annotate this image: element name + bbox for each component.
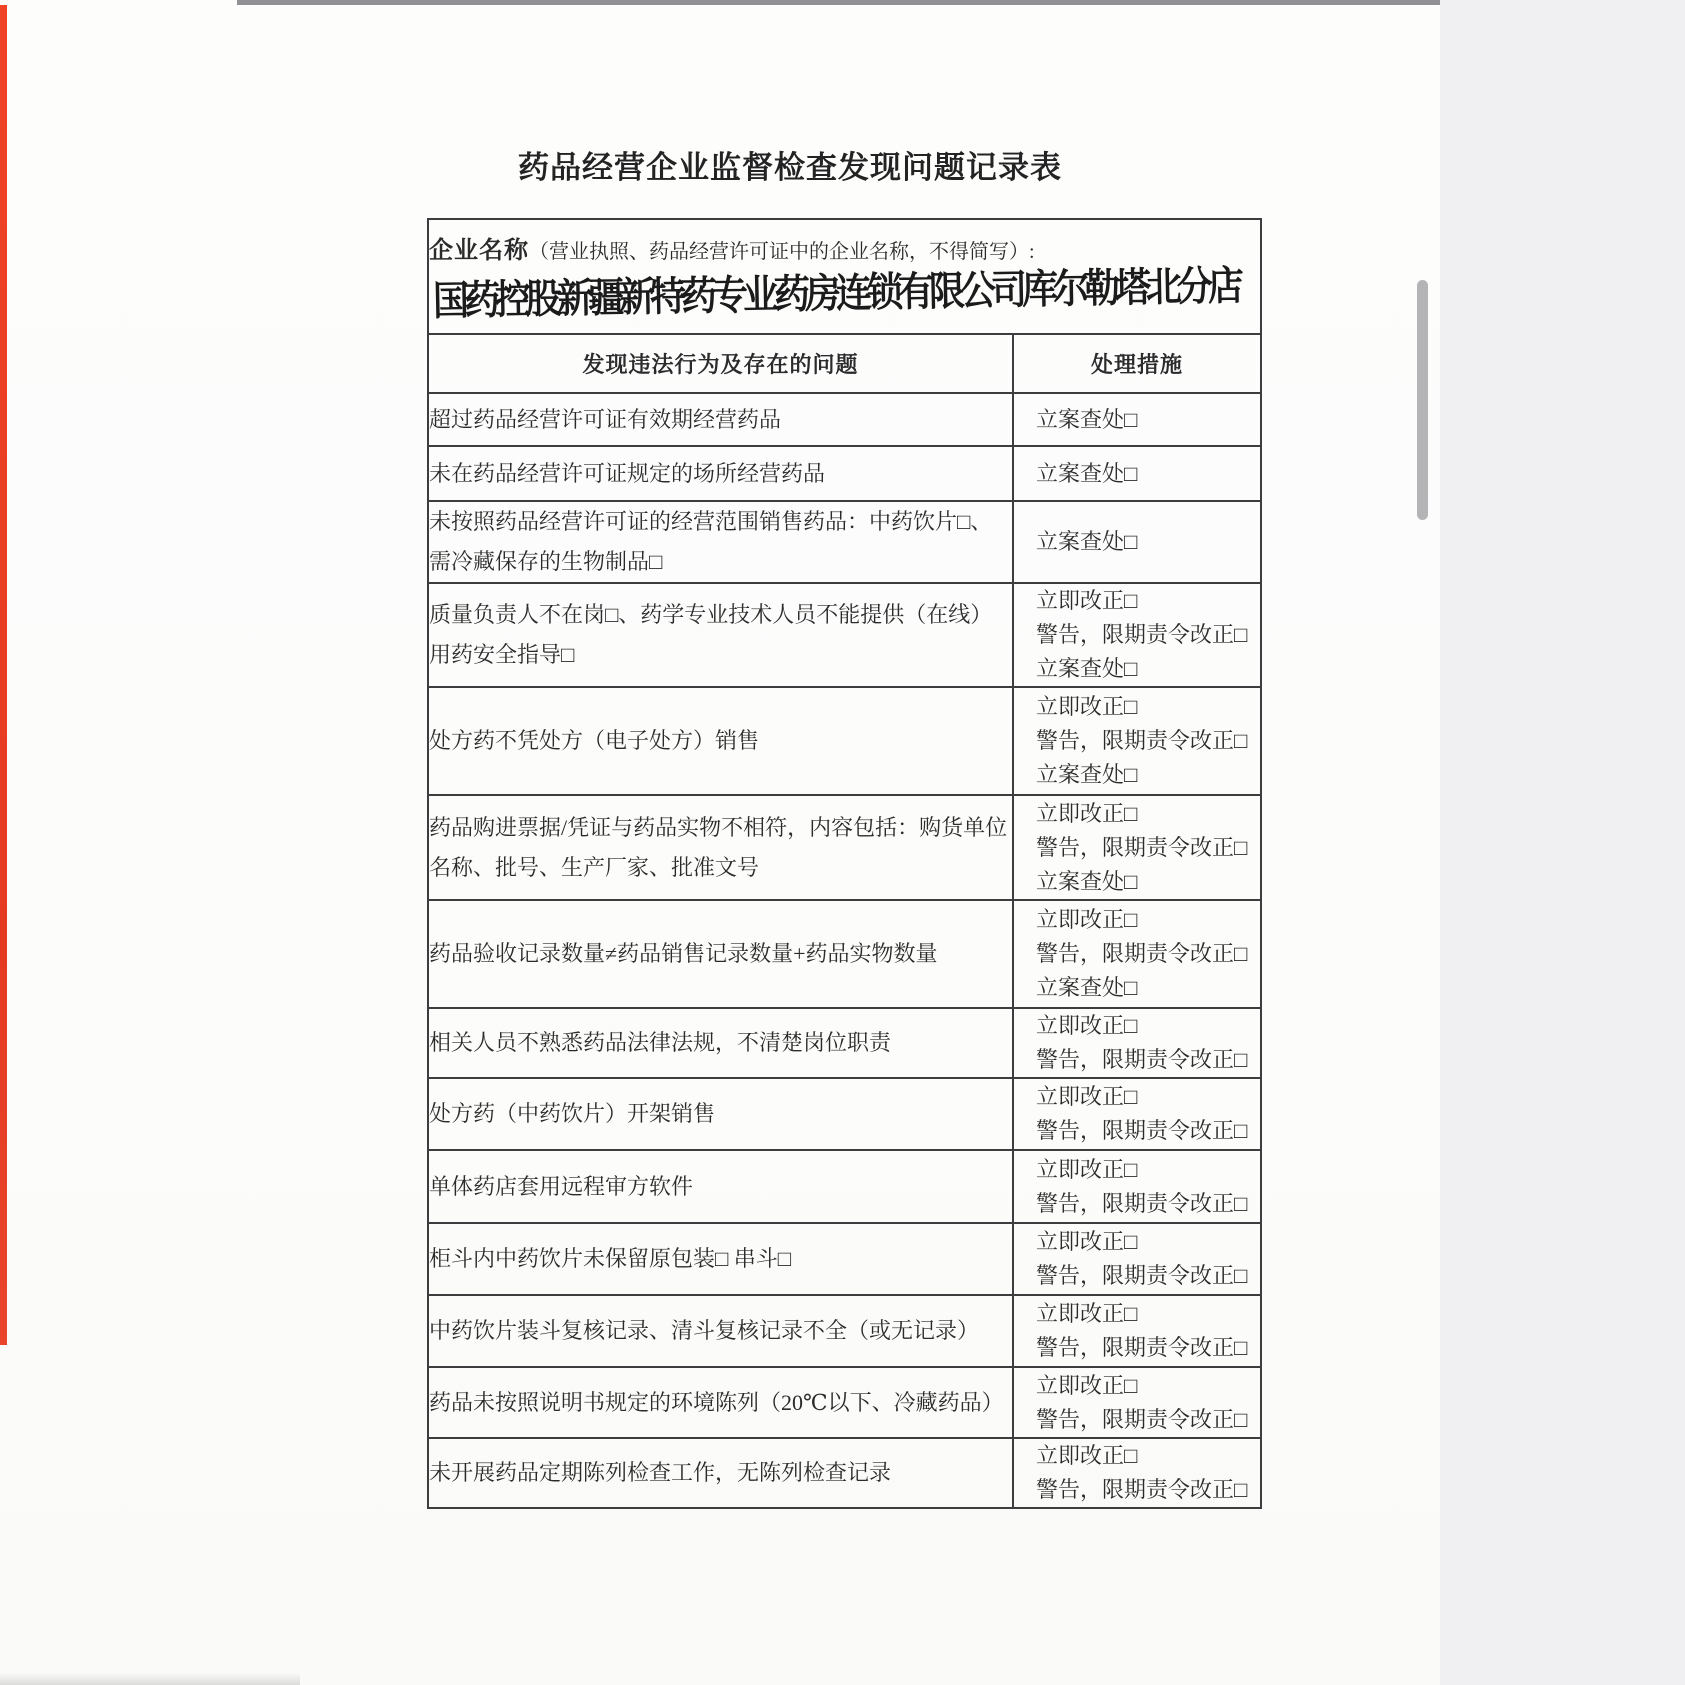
- table-row: 药品验收记录数量≠药品销售记录数量+药品实物数量 立即改正□ 警告，限期责令改正…: [428, 900, 1261, 1008]
- measures-cell: 立即改正□ 警告，限期责令改正□: [1013, 1295, 1261, 1367]
- problem-cell: 单体药店套用远程审方软件: [428, 1150, 1013, 1223]
- company-cell: 企业名称（营业执照、药品经营许可证中的企业名称，不得简写）: 国药控股新疆新特药…: [428, 219, 1261, 334]
- table-row: 质量负责人不在岗□、药学专业技术人员不能提供（在线）用药安全指导□ 立即改正□ …: [428, 583, 1261, 687]
- problem-cell: 柜斗内中药饮片未保留原包装□ 串斗□: [428, 1223, 1013, 1295]
- measures-cell: 立案查处□: [1013, 446, 1261, 501]
- measures-cell: 立即改正□ 警告，限期责令改正□: [1013, 1150, 1261, 1223]
- problem-cell: 药品未按照说明书规定的环境陈列（20℃以下、冷藏药品）: [428, 1367, 1013, 1438]
- measure-option: 立案查处□: [1014, 652, 1260, 686]
- problem-cell: 药品验收记录数量≠药品销售记录数量+药品实物数量: [428, 900, 1013, 1008]
- scan-corner-shadow: [0, 1671, 300, 1685]
- table-row: 超过药品经营许可证有效期经营药品 立案查处□: [428, 393, 1261, 446]
- measure-option: 警告，限期责令改正□: [1014, 1187, 1260, 1221]
- company-name-handwritten: 国药控股新疆新特药专业药房连锁有限公司库尔勒塔北分店: [432, 254, 1260, 327]
- measure-option: 立即改正□: [1014, 1225, 1260, 1259]
- problem-cell: 未开展药品定期陈列检查工作，无陈列检查记录: [428, 1438, 1013, 1508]
- problem-cell: 超过药品经营许可证有效期经营药品: [428, 393, 1013, 446]
- measures-cell: 立即改正□ 警告，限期责令改正□: [1013, 1438, 1261, 1508]
- problem-cell: 相关人员不熟悉药品法律法规，不清楚岗位职责: [428, 1008, 1013, 1078]
- table-row: 药品购进票据/凭证与药品实物不相符，内容包括：购货单位名称、批号、生产厂家、批准…: [428, 795, 1261, 900]
- company-row: 企业名称（营业执照、药品经营许可证中的企业名称，不得简写）: 国药控股新疆新特药…: [428, 219, 1261, 334]
- company-label: 企业名称: [429, 238, 529, 264]
- measure-option: 立即改正□: [1014, 1153, 1260, 1187]
- measure-option: 立案查处□: [1014, 525, 1260, 559]
- measure-option: 立即改正□: [1014, 1080, 1260, 1114]
- measure-option: 警告，限期责令改正□: [1014, 937, 1260, 971]
- measure-option: 立案查处□: [1014, 403, 1260, 437]
- measure-option: 立案查处□: [1014, 758, 1260, 792]
- header-row: 发现违法行为及存在的问题 处理措施: [428, 334, 1261, 393]
- measures-cell: 立即改正□ 警告，限期责令改正□ 立案查处□: [1013, 583, 1261, 687]
- measures-cell: 立即改正□ 警告，限期责令改正□: [1013, 1367, 1261, 1438]
- table-header-measures: 处理措施: [1013, 334, 1261, 393]
- problem-cell: 未按照药品经营许可证的经营范围销售药品：中药饮片□、需冷藏保存的生物制品□: [428, 501, 1013, 583]
- table-row: 未在药品经营许可证规定的场所经营药品 立案查处□: [428, 446, 1261, 501]
- table-row: 中药饮片装斗复核记录、清斗复核记录不全（或无记录） 立即改正□ 警告，限期责令改…: [428, 1295, 1261, 1367]
- measure-option: 立即改正□: [1014, 584, 1260, 618]
- table-row: 未按照药品经营许可证的经营范围销售药品：中药饮片□、需冷藏保存的生物制品□ 立案…: [428, 501, 1261, 583]
- measure-option: 警告，限期责令改正□: [1014, 1403, 1260, 1437]
- measures-cell: 立案查处□: [1013, 393, 1261, 446]
- table-row: 柜斗内中药饮片未保留原包装□ 串斗□ 立即改正□ 警告，限期责令改正□: [428, 1223, 1261, 1295]
- measures-cell: 立即改正□ 警告，限期责令改正□: [1013, 1078, 1261, 1150]
- table-row: 未开展药品定期陈列检查工作，无陈列检查记录 立即改正□ 警告，限期责令改正□: [428, 1438, 1261, 1508]
- table-row: 药品未按照说明书规定的环境陈列（20℃以下、冷藏药品） 立即改正□ 警告，限期责…: [428, 1367, 1261, 1438]
- measure-option: 立即改正□: [1014, 690, 1260, 724]
- measures-cell: 立即改正□ 警告，限期责令改正□ 立案查处□: [1013, 687, 1261, 795]
- problem-cell: 中药饮片装斗复核记录、清斗复核记录不全（或无记录）: [428, 1295, 1013, 1367]
- problem-cell: 未在药品经营许可证规定的场所经营药品: [428, 446, 1013, 501]
- measure-option: 警告，限期责令改正□: [1014, 1259, 1260, 1293]
- measure-option: 警告，限期责令改正□: [1014, 618, 1260, 652]
- measure-option: 立即改正□: [1014, 903, 1260, 937]
- measure-option: 立即改正□: [1014, 1439, 1260, 1473]
- measure-option: 立即改正□: [1014, 1297, 1260, 1331]
- measure-option: 警告，限期责令改正□: [1014, 1473, 1260, 1507]
- measures-cell: 立即改正□ 警告，限期责令改正□: [1013, 1223, 1261, 1295]
- measure-option: 警告，限期责令改正□: [1014, 831, 1260, 865]
- measures-cell: 立即改正□ 警告，限期责令改正□ 立案查处□: [1013, 900, 1261, 1008]
- table-header-problem: 发现违法行为及存在的问题: [428, 334, 1013, 393]
- scan-red-edge: [0, 5, 7, 1345]
- problem-cell: 药品购进票据/凭证与药品实物不相符，内容包括：购货单位名称、批号、生产厂家、批准…: [428, 795, 1013, 900]
- problem-cell: 处方药不凭处方（电子处方）销售: [428, 687, 1013, 795]
- measure-option: 立即改正□: [1014, 1009, 1260, 1043]
- table-row: 单体药店套用远程审方软件 立即改正□ 警告，限期责令改正□: [428, 1150, 1261, 1223]
- problems-table: 企业名称（营业执照、药品经营许可证中的企业名称，不得简写）: 国药控股新疆新特药…: [427, 218, 1262, 1509]
- problem-cell: 质量负责人不在岗□、药学专业技术人员不能提供（在线）用药安全指导□: [428, 583, 1013, 687]
- measure-option: 立即改正□: [1014, 797, 1260, 831]
- measure-option: 立案查处□: [1014, 971, 1260, 1005]
- table-row: 处方药不凭处方（电子处方）销售 立即改正□ 警告，限期责令改正□ 立案查处□: [428, 687, 1261, 795]
- measure-option: 立即改正□: [1014, 1369, 1260, 1403]
- measures-cell: 立案查处□: [1013, 501, 1261, 583]
- measure-option: 警告，限期责令改正□: [1014, 1114, 1260, 1148]
- measures-cell: 立即改正□ 警告，限期责令改正□ 立案查处□: [1013, 795, 1261, 900]
- measure-option: 警告，限期责令改正□: [1014, 1043, 1260, 1077]
- table-row: 相关人员不熟悉药品法律法规，不清楚岗位职责 立即改正□ 警告，限期责令改正□: [428, 1008, 1261, 1078]
- measure-option: 立案查处□: [1014, 457, 1260, 491]
- scrollbar-thumb[interactable]: [1417, 280, 1428, 520]
- problem-cell: 处方药（中药饮片）开架销售: [428, 1078, 1013, 1150]
- measure-option: 警告，限期责令改正□: [1014, 724, 1260, 758]
- page-title: 药品经营企业监督检查发现问题记录表: [370, 142, 1210, 187]
- measure-option: 立案查处□: [1014, 865, 1260, 899]
- measure-option: 警告，限期责令改正□: [1014, 1331, 1260, 1365]
- measures-cell: 立即改正□ 警告，限期责令改正□: [1013, 1008, 1261, 1078]
- scan-top-edge: [237, 0, 1440, 5]
- screenshot-root: 药品经营企业监督检查发现问题记录表 企业名称（营业执照、药品经营许可证中的企业名…: [0, 0, 1685, 1685]
- table-row: 处方药（中药饮片）开架销售 立即改正□ 警告，限期责令改正□: [428, 1078, 1261, 1150]
